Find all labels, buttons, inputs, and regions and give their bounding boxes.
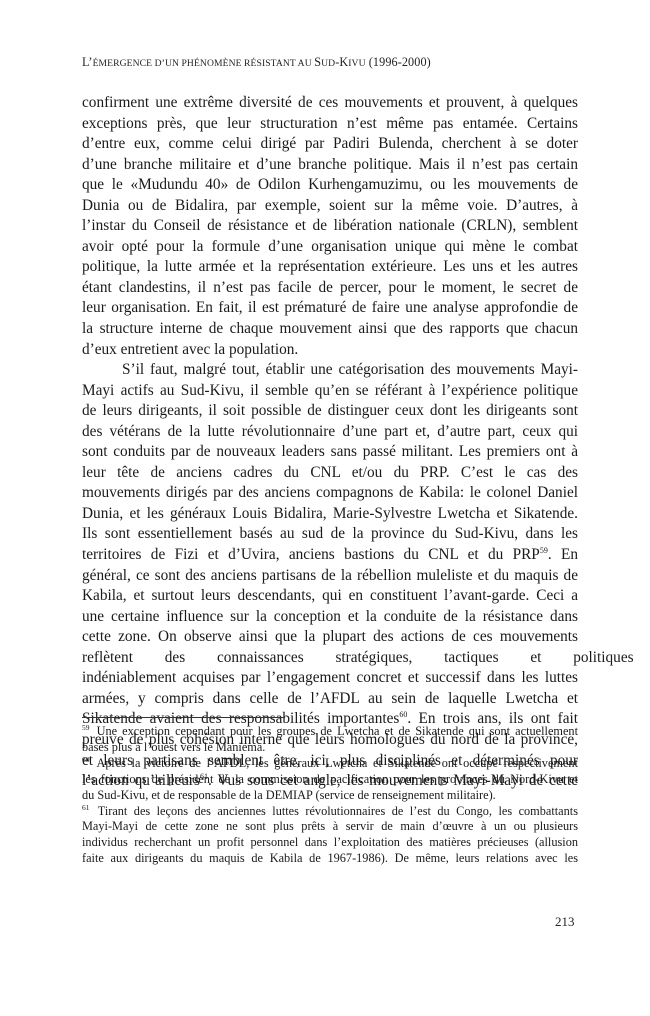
text-line: confirment une extrême diversité de ces … <box>82 93 578 114</box>
footnote-59: 59 Une exception cependant pour les grou… <box>82 724 578 756</box>
text-line: Kabila, et surtout leurs descendants, qu… <box>82 586 578 607</box>
text-line: Dunia ou de Bidalira, par exemple, soien… <box>82 196 578 217</box>
text-line: la structure interne de chaque mouvement… <box>82 319 578 340</box>
text-line: des vétérans de la lutte révolutionnaire… <box>82 422 578 443</box>
text-line: politique, la lutte armée et la représen… <box>82 257 578 278</box>
text-line-with-footnote-ref: territoires de Fizi et d’Uvira, anciens … <box>82 545 578 566</box>
running-head-part: UD <box>321 58 335 69</box>
text-line: étant clandestins, il n’est pas facile d… <box>82 278 578 299</box>
footnote-line: Mayi-Mayi de cette zone ne sont plus prê… <box>82 819 578 835</box>
text-line: une certaine influence sur la conception… <box>82 607 578 628</box>
book-page: L’ÉMERGENCE D’UN PHÉNOMÈNE RÉSISTANT AU … <box>0 0 650 1016</box>
text-line: leur organisation. En fait, il est préma… <box>82 298 578 319</box>
text-line: Dunia, et les généraux Louis Bidalira, M… <box>82 504 578 525</box>
footnote-ref-59[interactable]: 59 <box>540 546 548 555</box>
text-line: d’une branche militaire et d’une branche… <box>82 155 578 176</box>
footnote-separator <box>82 717 285 718</box>
footnote-line: basés plus à l’ouest vers le Maniema. <box>82 740 578 756</box>
footnote-text: Une exception cependant pour les groupes… <box>97 724 578 738</box>
footnote-number: 60 <box>82 755 90 764</box>
text-line: exceptions près, que leur structuration … <box>82 114 578 135</box>
text-line: cette zone. On observe ainsi que la plup… <box>82 627 578 648</box>
footnote-line: faite aux dirigeants du maquis de Kabila… <box>82 851 578 867</box>
text-line: général, ce sont des anciens partisans d… <box>82 566 578 587</box>
footnote-61: 61 Tirant des leçons des anciennes lutte… <box>82 804 578 868</box>
text-line: reflètent des connaissances stratégiques… <box>82 648 578 669</box>
footnote-number: 61 <box>82 803 90 812</box>
running-head-part: L’ <box>82 55 93 69</box>
text-segment: territoires de Fizi et d’Uvira, anciens … <box>82 546 540 563</box>
text-line: d’entre eux, comme celui dirigé par Padi… <box>82 134 578 155</box>
body-text: confirment une extrême diversité de ces … <box>82 93 578 792</box>
text-line: l’instar du Conseil de résistance et de … <box>82 216 578 237</box>
page-number: 213 <box>555 914 575 930</box>
running-head-part: IVU <box>348 58 365 69</box>
footnote-text: Après la victoire de l’AFDL, les générau… <box>97 756 579 770</box>
footnote-line: les fonctions de président de la commiss… <box>82 772 578 788</box>
footnote-line: 60 Après la victoire de l’AFDL, les géné… <box>82 756 578 772</box>
footnote-60: 60 Après la victoire de l’AFDL, les géné… <box>82 756 578 804</box>
running-head-part: ÉMERGENCE D’UN PHÉNOMÈNE RÉSISTANT AU <box>93 58 315 69</box>
running-head: L’ÉMERGENCE D’UN PHÉNOMÈNE RÉSISTANT AU … <box>82 55 582 70</box>
text-line: d’eux entretient avec la population. <box>82 340 578 361</box>
text-line: sont conduits par de nouveaux leaders sa… <box>82 442 578 463</box>
footnote-line: individus recherchant un profit personne… <box>82 835 578 851</box>
text-line: mouvements dirigés par des anciens compa… <box>82 483 578 504</box>
footnotes: 59 Une exception cependant pour les grou… <box>82 724 578 867</box>
text-line: de leurs dirigeants, il soit possible de… <box>82 401 578 422</box>
text-line: Mayi actifs au Sud-Kivu, il semble qu’en… <box>82 381 578 402</box>
footnote-number: 59 <box>82 723 90 732</box>
footnote-line: du Sud-Kivu, et de responsable de la DEM… <box>82 788 578 804</box>
text-segment: . En <box>548 546 578 563</box>
text-line: indéniablement acquises par l’engagement… <box>82 668 578 689</box>
text-line: Ils sont essentiellement basés au sud de… <box>82 524 578 545</box>
text-line: S’il faut, malgré tout, établir une caté… <box>82 360 578 381</box>
text-line: leur tête de anciens cadres du CNL et/ou… <box>82 463 578 484</box>
text-line: avoir opté pour la formule d’une organis… <box>82 237 578 258</box>
footnote-text: Tirant des leçons des anciennes luttes r… <box>98 804 578 818</box>
paragraph-1: confirment une extrême diversité de ces … <box>82 93 578 360</box>
running-head-part: (1996-2000) <box>366 55 431 69</box>
footnote-line: 61 Tirant des leçons des anciennes lutte… <box>82 804 578 820</box>
text-line: armées, y compris dans celle de l’AFDL a… <box>82 689 578 710</box>
running-head-part: -K <box>335 55 348 69</box>
text-line: que le «Mudundu 40» de Odilon Kurhengamu… <box>82 175 578 196</box>
footnote-line: 59 Une exception cependant pour les grou… <box>82 724 578 740</box>
